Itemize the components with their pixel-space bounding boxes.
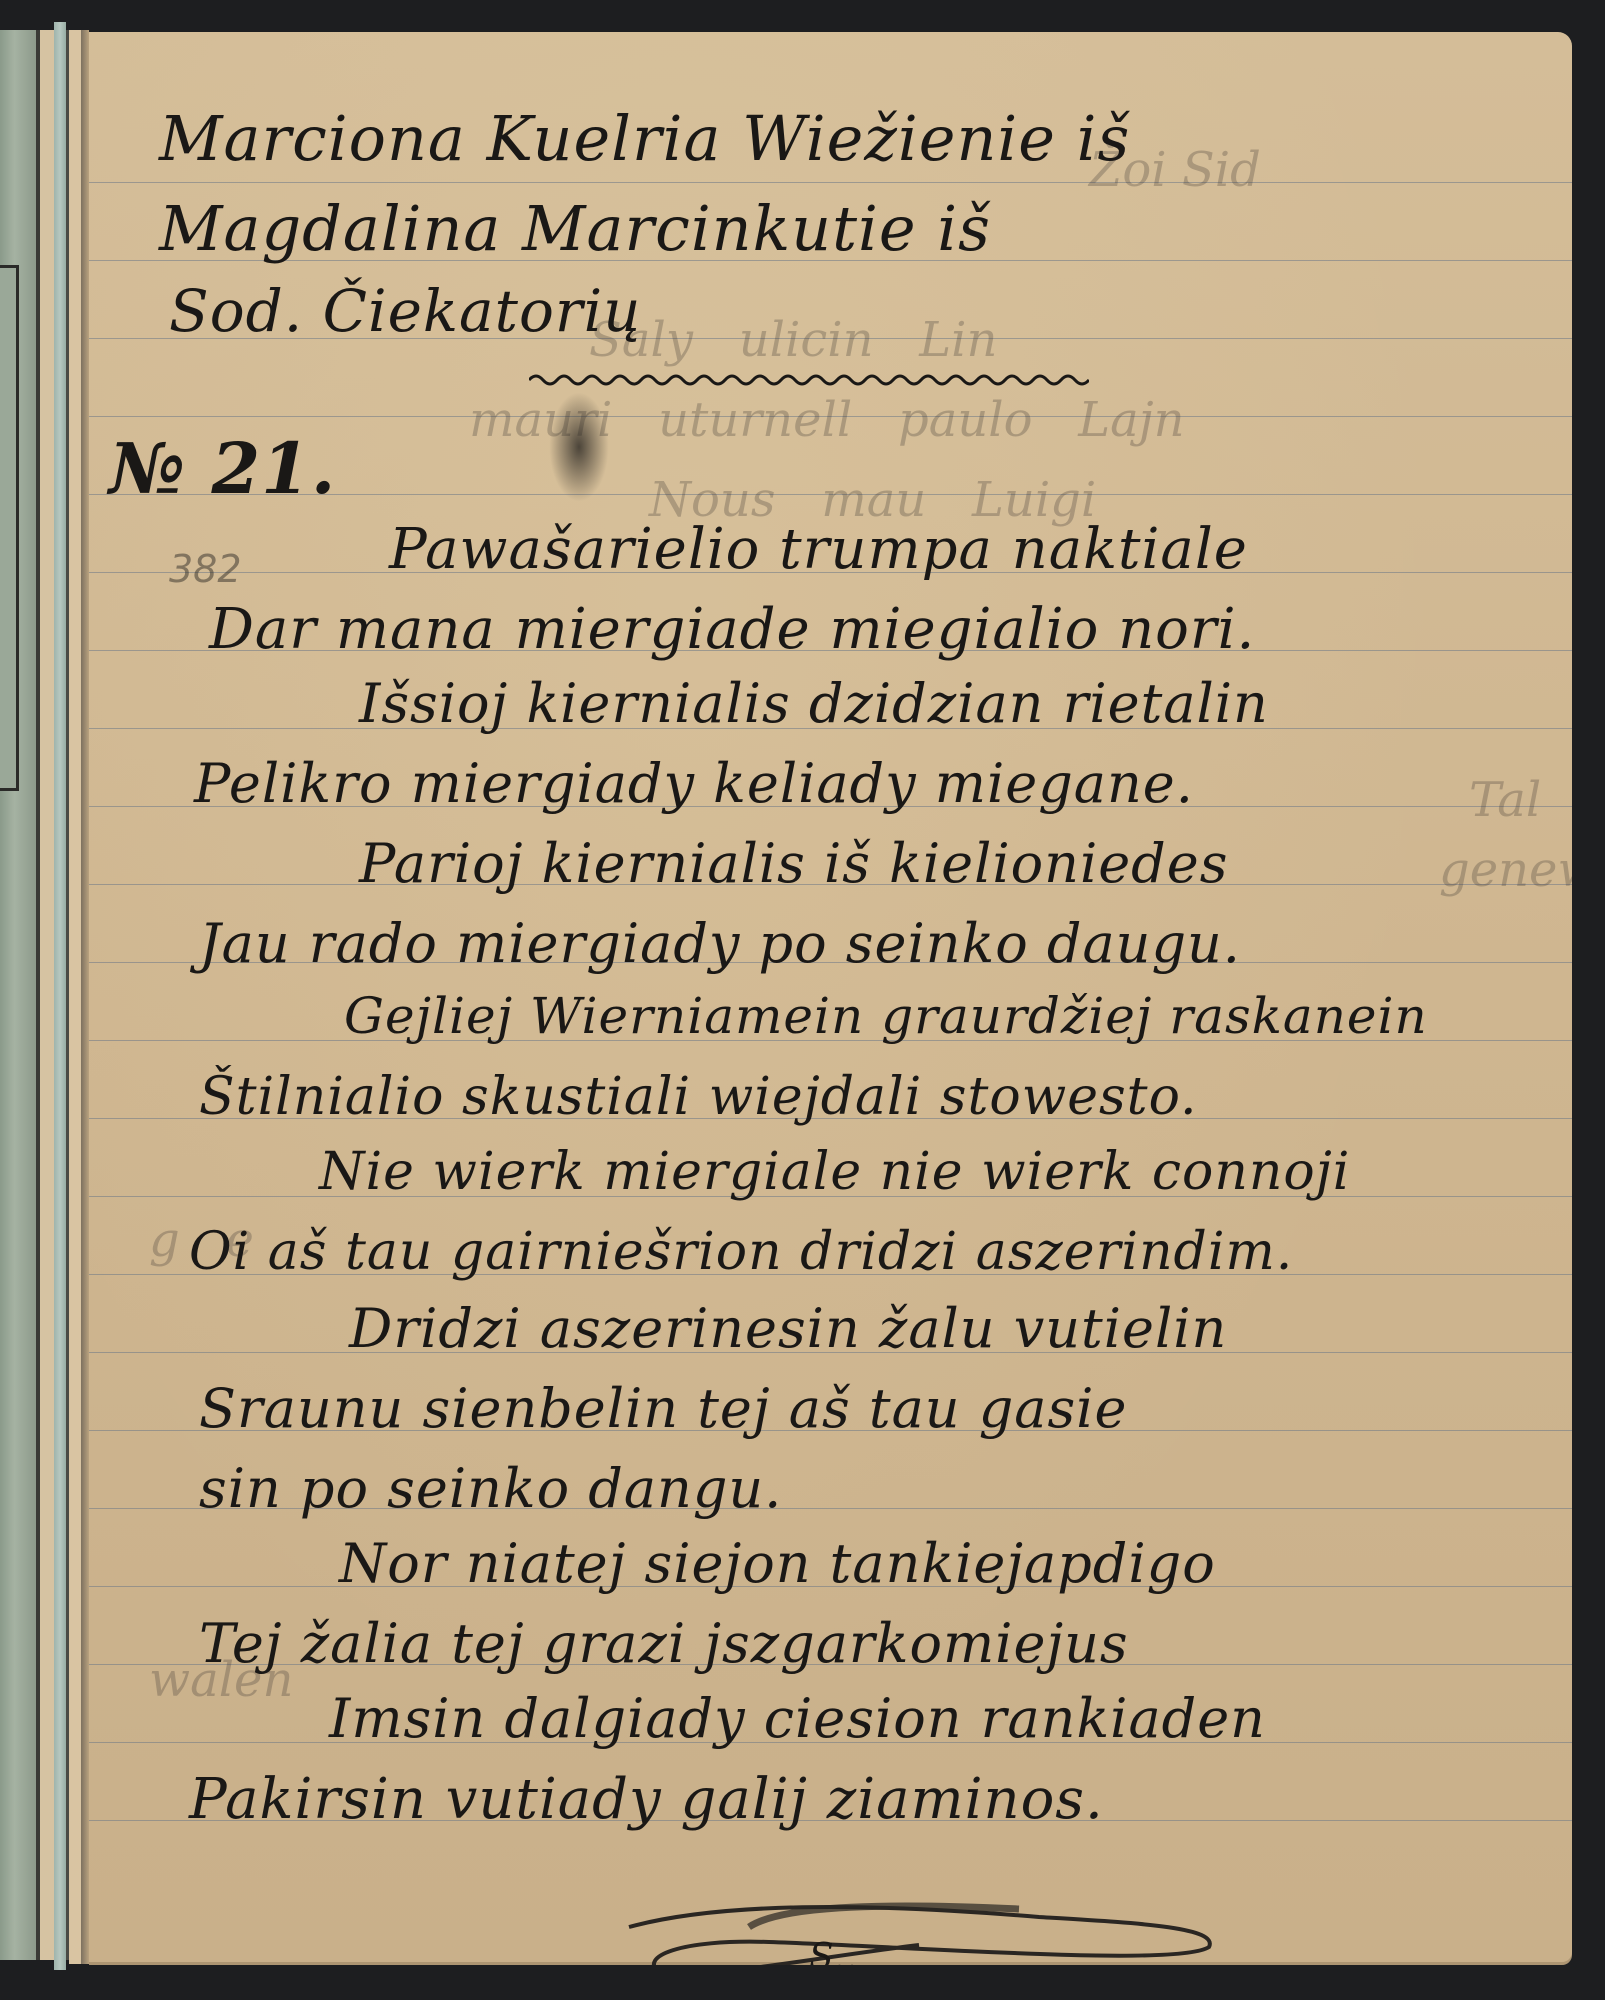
verse-line: Tej žalia tej grazi jszgarkomiejus bbox=[199, 1612, 1129, 1675]
verse-line: Nie wierk miergiale nie wierk connoji bbox=[319, 1142, 1350, 1202]
verse-line: Išsioj kiernialis dzidzian rietalin bbox=[359, 672, 1269, 735]
heading-line-2: Magdalina Marcinkutie iš bbox=[159, 192, 991, 265]
verse-line: Dar mana miergiade miegialio nori. bbox=[209, 597, 1255, 662]
verse-line: Parioj kiernialis iš kielioniedes bbox=[359, 832, 1228, 895]
page-edge-strip bbox=[69, 30, 81, 1964]
heading-line-1: Marciona Kuelria Wiežienie iš bbox=[159, 102, 1130, 175]
verse-line: Jau rado miergiady po seinko daugu. bbox=[199, 912, 1241, 975]
song-number: № 21. bbox=[109, 427, 336, 510]
verse-line: Oi aš tau gairniešrion dridzi aszerindim… bbox=[189, 1222, 1293, 1282]
verse-line: Dridzi aszerinesin žalu vutielin bbox=[349, 1297, 1227, 1360]
verse-line: Sraunu sienbelin tej aš tau gasie bbox=[199, 1377, 1127, 1440]
verse-line: Pakirsin vutiady galij ziaminos. bbox=[189, 1767, 1104, 1832]
wavy-underline-decoration bbox=[529, 372, 1089, 386]
page-edge-strip bbox=[40, 30, 54, 1960]
ruled-line bbox=[89, 182, 1572, 183]
bleed-through-text: Saly ulicin Lin bbox=[589, 312, 997, 368]
verse-line: sin po seinko dangu. bbox=[199, 1457, 782, 1520]
gutter-shadow bbox=[81, 30, 89, 1964]
verse-line: Gejliej Wierniamein graurdžiej raskanein bbox=[344, 987, 1428, 1045]
notebook-page: Žoi Sid Saly ulicin Lin mauri uturnell p… bbox=[89, 32, 1572, 1965]
ink-blot bbox=[549, 392, 609, 502]
bleed-through-text: Tal bbox=[1469, 772, 1541, 828]
verse-line: Pawašarielio trumpa naktiale bbox=[389, 517, 1248, 582]
binding-spine-strip bbox=[54, 22, 66, 1970]
verse-line: Nor niatej siejon tankiejapdigo bbox=[339, 1532, 1216, 1595]
verse-line: Imsin dalgiady ciesion rankiaden bbox=[329, 1687, 1266, 1750]
bleed-through-text: genew bbox=[1439, 842, 1572, 898]
verse-line: Štilnialio skustiali wiejdali stowesto. bbox=[199, 1067, 1198, 1127]
verse-line: Pelikro miergiady keliady miegane. bbox=[194, 752, 1194, 815]
signature: S.. bbox=[809, 1937, 858, 1965]
cover-label-frame bbox=[0, 265, 19, 791]
archive-mark: 382 bbox=[169, 547, 242, 591]
heading-line-3: Sod. Čiekatorių bbox=[169, 277, 642, 345]
signature-flourish bbox=[619, 1887, 1239, 1965]
